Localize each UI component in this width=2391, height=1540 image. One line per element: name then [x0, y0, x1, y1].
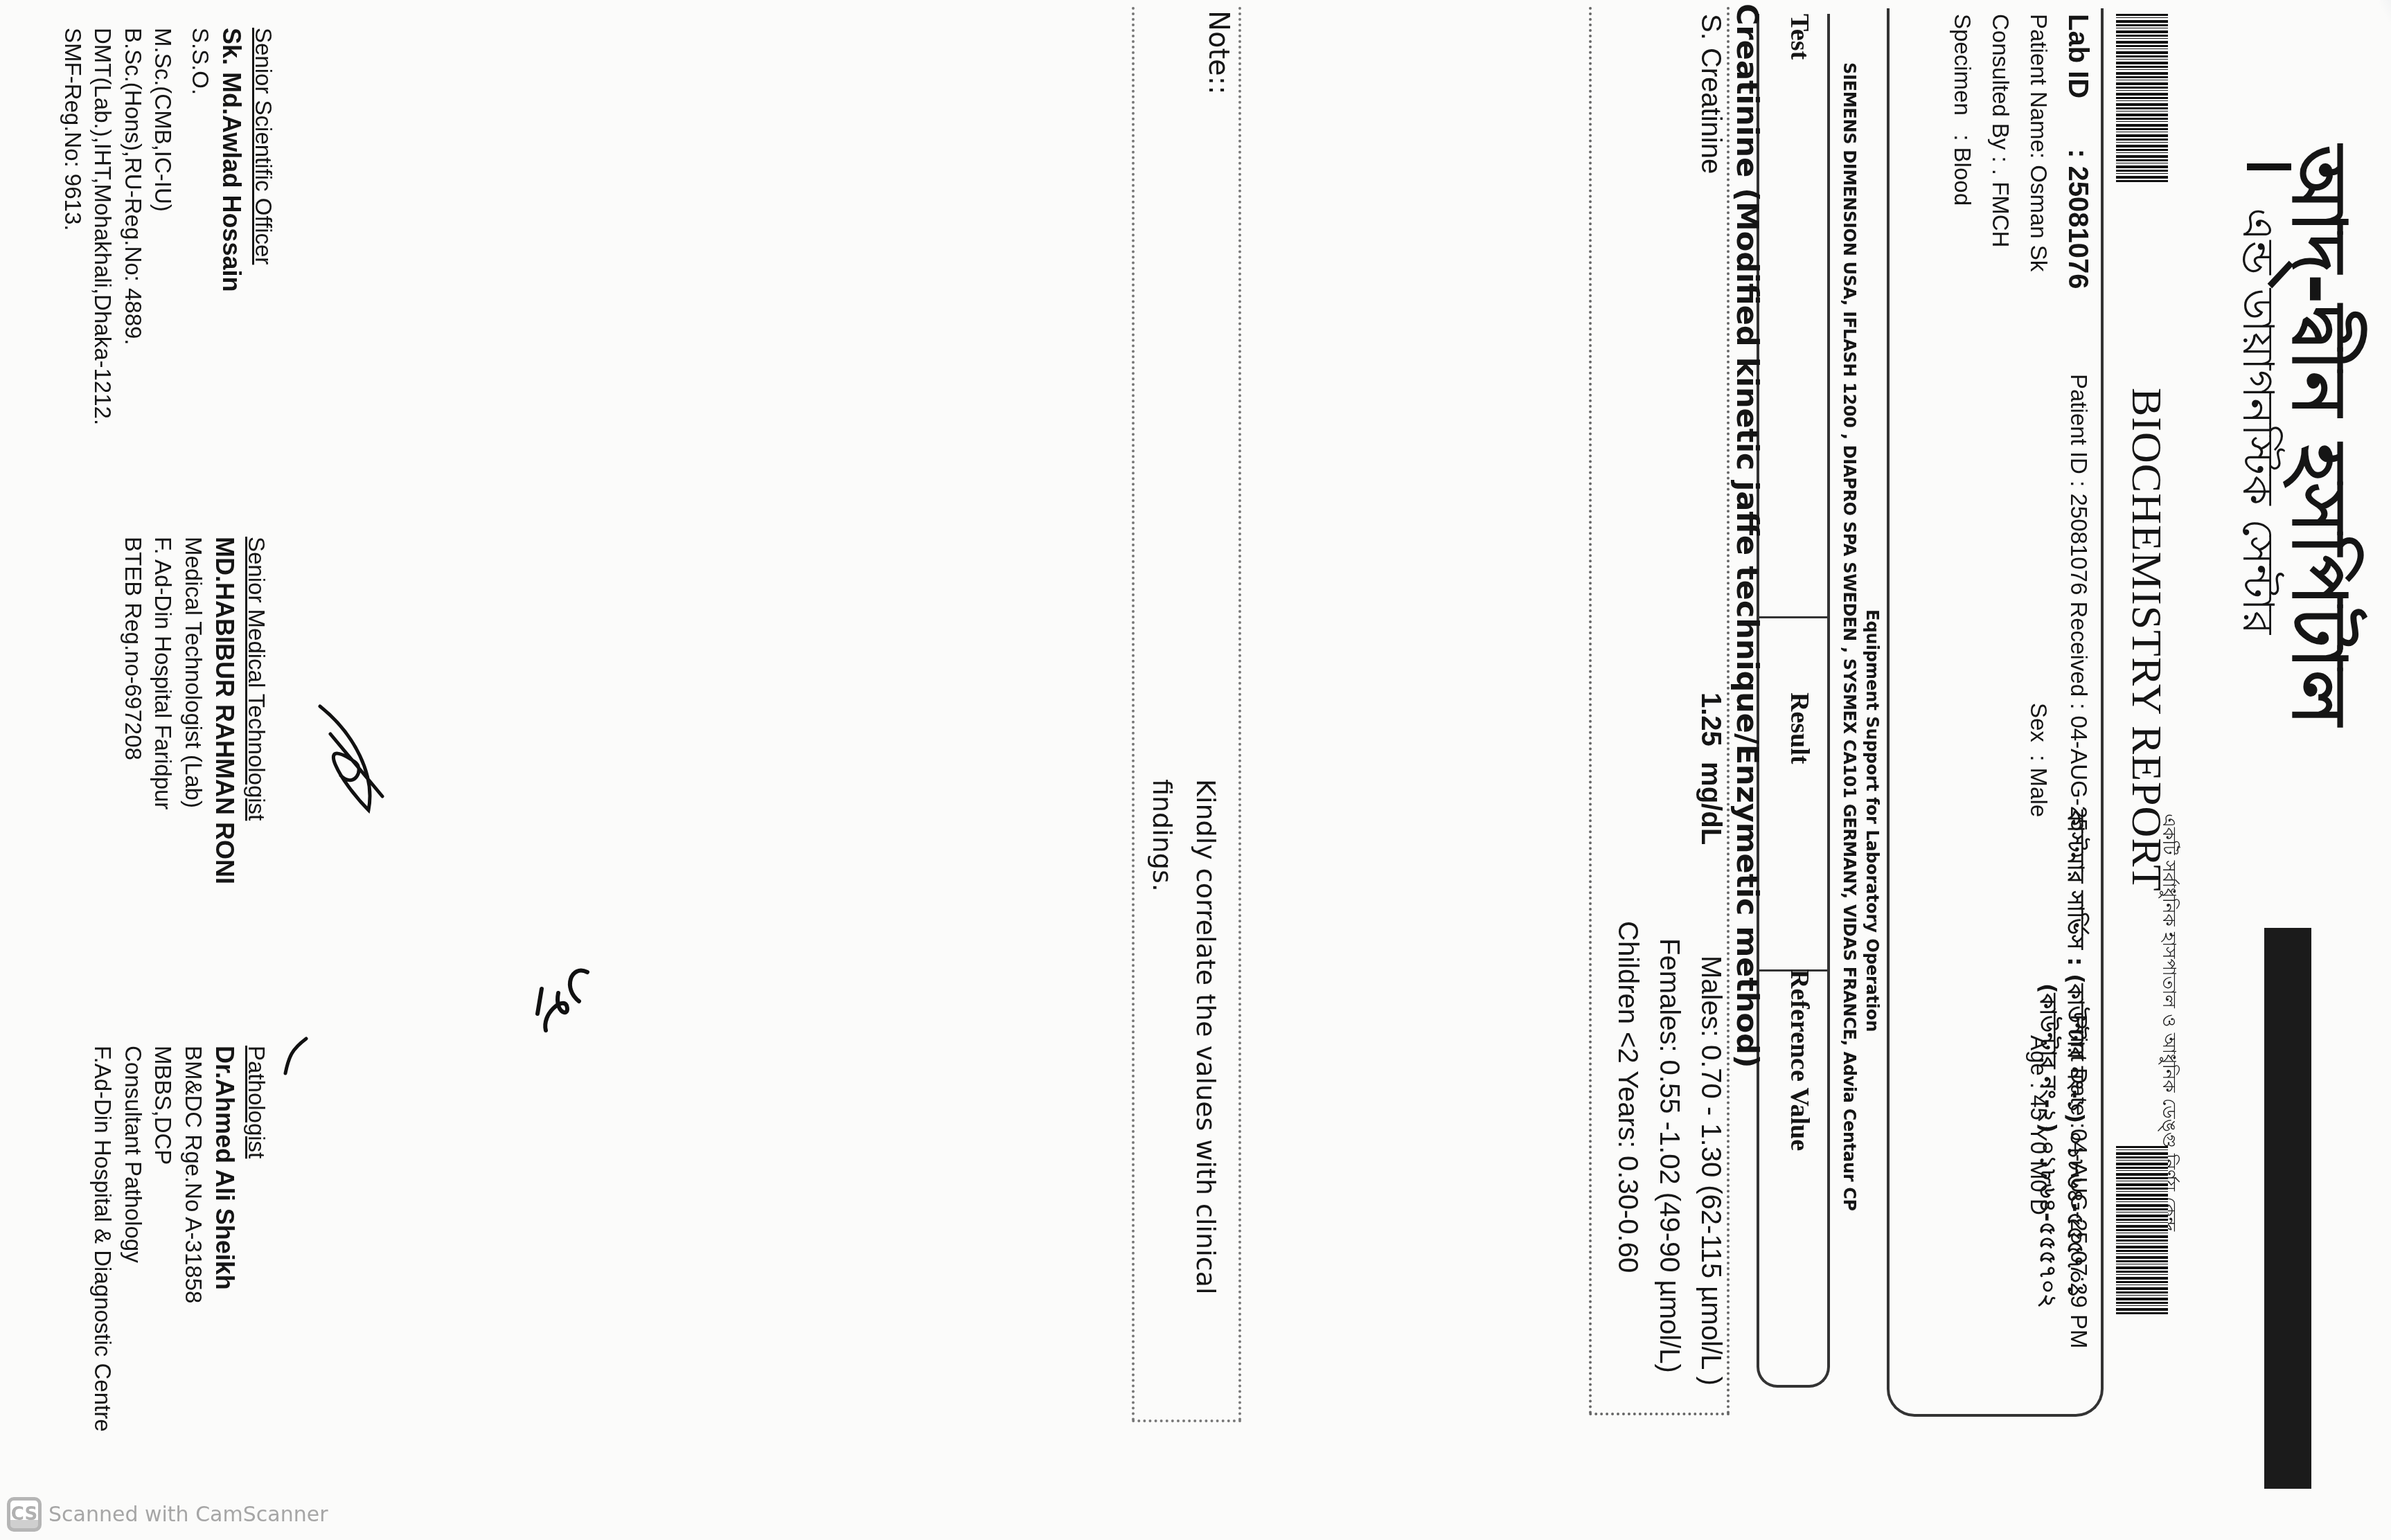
- note-text: Kindly correlate the values with clinica…: [1141, 779, 1227, 1402]
- column-header-result: Result: [1784, 692, 1815, 764]
- signatory-pathologist: Pathologist Dr.Ahmed Ali Sheikh BM&DC Rg…: [88, 1046, 272, 1432]
- equipment-list: SIEMENS DIMENSION USA, IFLASH 1200 , DIA…: [1840, 62, 1859, 1211]
- test-name: S. Creatinine: [1695, 14, 1726, 174]
- header-rule: [2247, 163, 2291, 170]
- sex-field: Sex : Male: [2025, 703, 2052, 817]
- handwritten-mark-icon: [521, 956, 604, 1039]
- hospital-subtitle: এন্ড ডায়াগনস্টিক সেন্টার: [2219, 208, 2291, 634]
- column-header-reference: Reference Value: [1784, 969, 1815, 1151]
- column-header-test: Test: [1784, 14, 1815, 60]
- print-date-field: Print Date :04-AUG-25 07:29 PM: [2065, 1014, 2092, 1348]
- lab-id-value: : 25081076: [2062, 149, 2093, 289]
- camscanner-logo-icon: CS: [7, 1497, 42, 1532]
- age-field: Age : 45 Y0 M0 D: [2025, 1035, 2052, 1215]
- reference-children: Children <2 Years: 0.30-0.60: [1612, 921, 1643, 1273]
- test-result: 1.25 mg/dL: [1695, 692, 1726, 845]
- patient-id-field: Patient ID : 25081076 Received : 04-AUG-…: [2065, 374, 2092, 831]
- barcode-icon: [2116, 14, 2168, 183]
- scan-edge-shadow: [2378, 0, 2391, 283]
- specimen-field: Specimen : Blood: [1949, 14, 1975, 206]
- reference-females: Females: 0.55 -1.02 (49-90 µmol/L): [1653, 938, 1685, 1373]
- signatory-senior-medical-technologist: Senior Medical Technologist MD.HABIBUR R…: [118, 537, 272, 884]
- camscanner-watermark: CS Scanned with CamScanner: [7, 1497, 328, 1532]
- note-label: Note::: [1202, 10, 1234, 95]
- equipment-heading: Equipment Support for Laboratory Operati…: [1863, 609, 1882, 1032]
- report-title: BIOCHEMISTRY REPORT: [2122, 388, 2171, 892]
- report-page: আদ্-দ্বীন হসপিটাল এন্ড ডায়াগনস্টিক সেন্…: [0, 0, 2391, 1540]
- signatory-senior-scientific-officer: Senior Scientific Officer Sk. Md.Awlad H…: [57, 28, 278, 425]
- consulted-by-field: Consulted By : . FMCH: [1987, 14, 2014, 247]
- patient-name-field: Patient Name: Osman Sk: [2025, 14, 2052, 271]
- watermark-text: Scanned with CamScanner: [48, 1503, 328, 1527]
- barcode-icon: [2116, 1146, 2168, 1316]
- test-section-title: Creatinine (Modified kinetic jaffe techn…: [1730, 3, 1764, 1068]
- checkmark-icon: [278, 1032, 313, 1080]
- lab-id-field: Lab ID: [2062, 14, 2093, 98]
- reference-males: Males: 0.70 - 1.30 (62-115 µmol/L ): [1695, 956, 1726, 1386]
- header-black-bar: [2264, 928, 2311, 1489]
- signature-icon: [299, 692, 396, 824]
